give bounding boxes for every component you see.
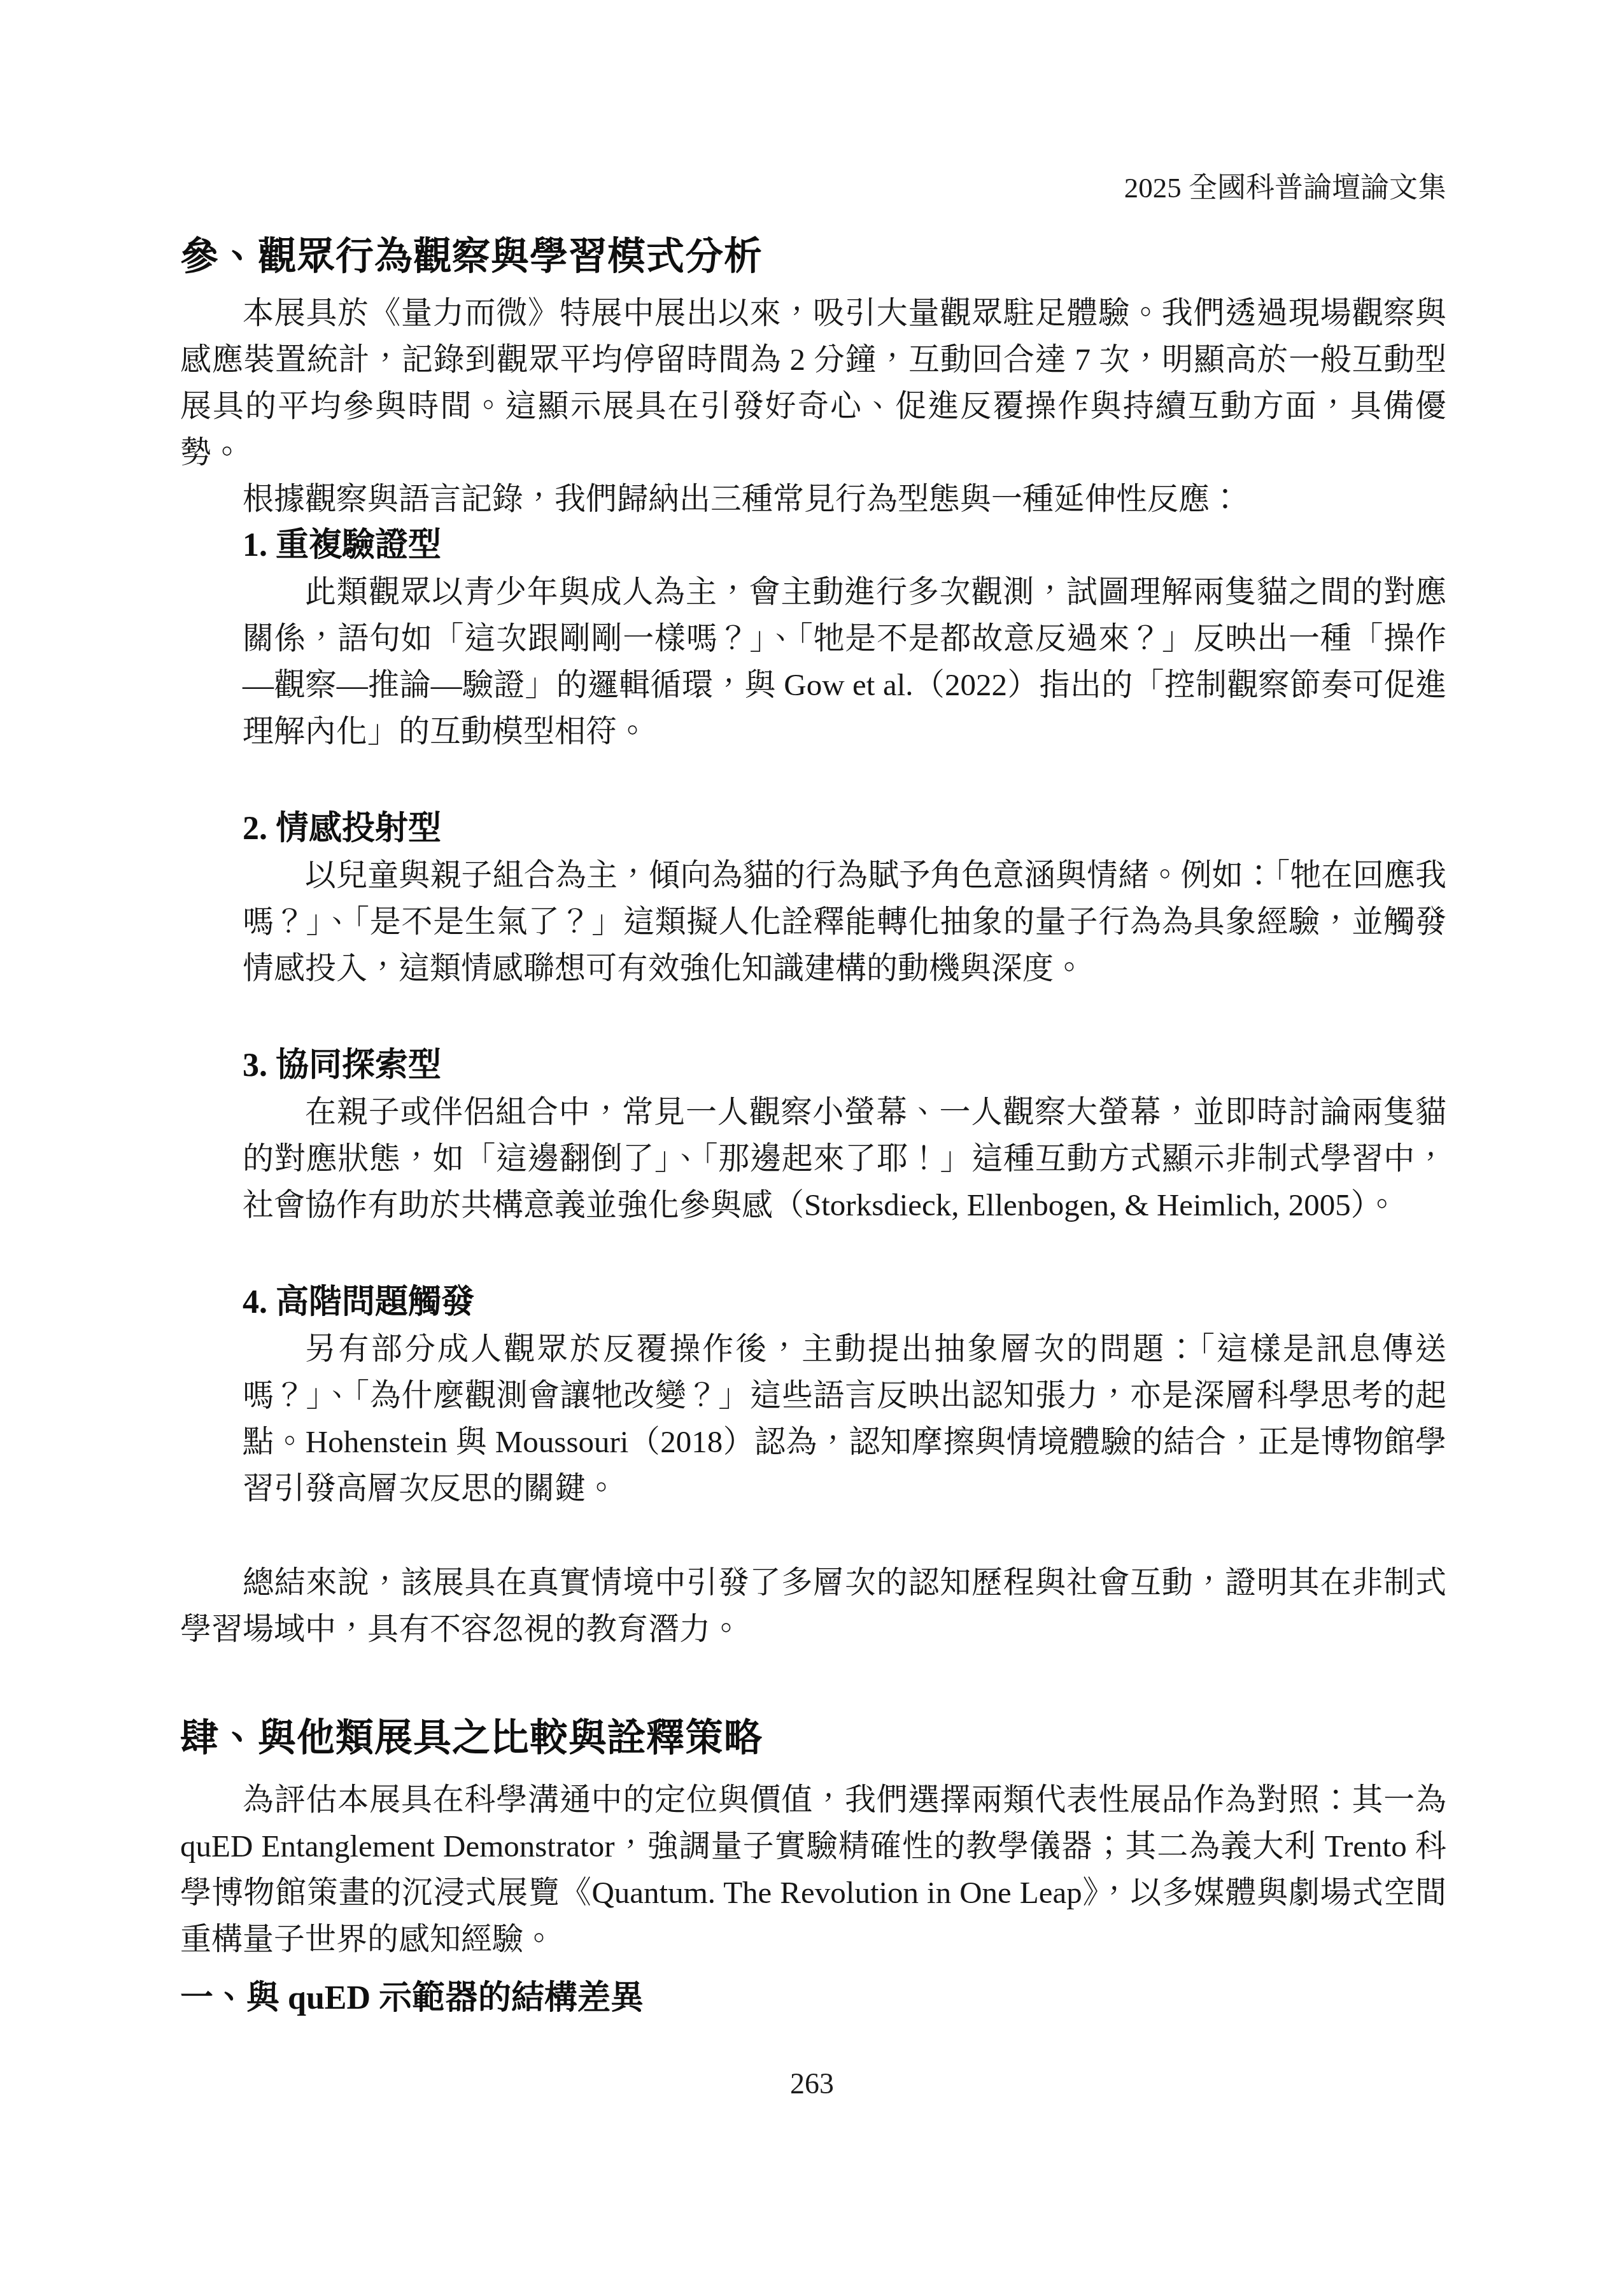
section3-title: 參、觀眾行為觀察與學習模式分析 [180, 231, 1446, 282]
section3-conclusion-paragraph: 總結來說，該展具在真實情境中引發了多層次的認知歷程與社會互動，證明其在非制式學習… [180, 1559, 1446, 1652]
behavior-type-3-body: 在親子或伴侶組合中，常見一人觀察小螢幕、一人觀察大螢幕，並即時討論兩隻貓的對應狀… [243, 1089, 1446, 1228]
section3-intro-paragraph: 本展具於《量力而微》特展中展出以來，吸引大量觀眾駐足體驗。我們透過現場觀察與感應… [180, 290, 1446, 476]
behavior-type-4-body: 另有部分成人觀眾於反覆操作後，主動提出抽象層次的問題：「這樣是訊息傳送嗎？」、「… [243, 1326, 1446, 1511]
section4-title: 肆、與他類展具之比較與詮釋策略 [180, 1713, 1446, 1764]
behavior-type-3-heading: 3. 協同探索型 [243, 1042, 1446, 1089]
behavior-type-2: 2. 情感投射型 以兒童與親子組合為主，傾向為貓的行為賦予角色意涵與情緒。例如：… [243, 805, 1446, 991]
section4-intro-paragraph: 為評估本展具在科學溝通中的定位與價值，我們選擇兩類代表性展品作為對照：其一為 q… [180, 1776, 1446, 1962]
behavior-type-3: 3. 協同探索型 在親子或伴侶組合中，常見一人觀察小螢幕、一人觀察大螢幕，並即時… [243, 1042, 1446, 1228]
document-page: 2025 全國科普論壇論文集 參、觀眾行為觀察與學習模式分析 本展具於《量力而微… [0, 0, 1624, 2278]
behavior-type-1: 1. 重複驗證型 此類觀眾以青少年與成人為主，會主動進行多次觀測，試圖理解兩隻貓… [243, 522, 1446, 754]
running-header: 2025 全國科普論壇論文集 [180, 0, 1446, 206]
behavior-type-1-body: 此類觀眾以青少年與成人為主，會主動進行多次觀測，試圖理解兩隻貓之間的對應關係，語… [243, 569, 1446, 754]
section4-subheading: 一、與 quED 示範器的結構差異 [180, 1975, 1446, 2021]
behavior-type-1-heading: 1. 重複驗證型 [243, 522, 1446, 569]
behavior-type-2-body: 以兒童與親子組合為主，傾向為貓的行為賦予角色意涵與情緒。例如：「牠在回應我嗎？」… [243, 852, 1446, 991]
page-number: 263 [790, 2067, 834, 2100]
page-footer: 263 [0, 2068, 1624, 2100]
running-header-text: 2025 全國科普論壇論文集 [1124, 172, 1446, 204]
behavior-type-2-heading: 2. 情感投射型 [243, 805, 1446, 852]
behavior-type-4-heading: 4. 高階問題觸發 [243, 1279, 1446, 1326]
behavior-type-4: 4. 高階問題觸發 另有部分成人觀眾於反覆操作後，主動提出抽象層次的問題：「這樣… [243, 1279, 1446, 1511]
section3-leadin-paragraph: 根據觀察與語言記錄，我們歸納出三種常見行為型態與一種延伸性反應： [180, 476, 1446, 522]
page-content: 2025 全國科普論壇論文集 參、觀眾行為觀察與學習模式分析 本展具於《量力而微… [180, 0, 1446, 2021]
